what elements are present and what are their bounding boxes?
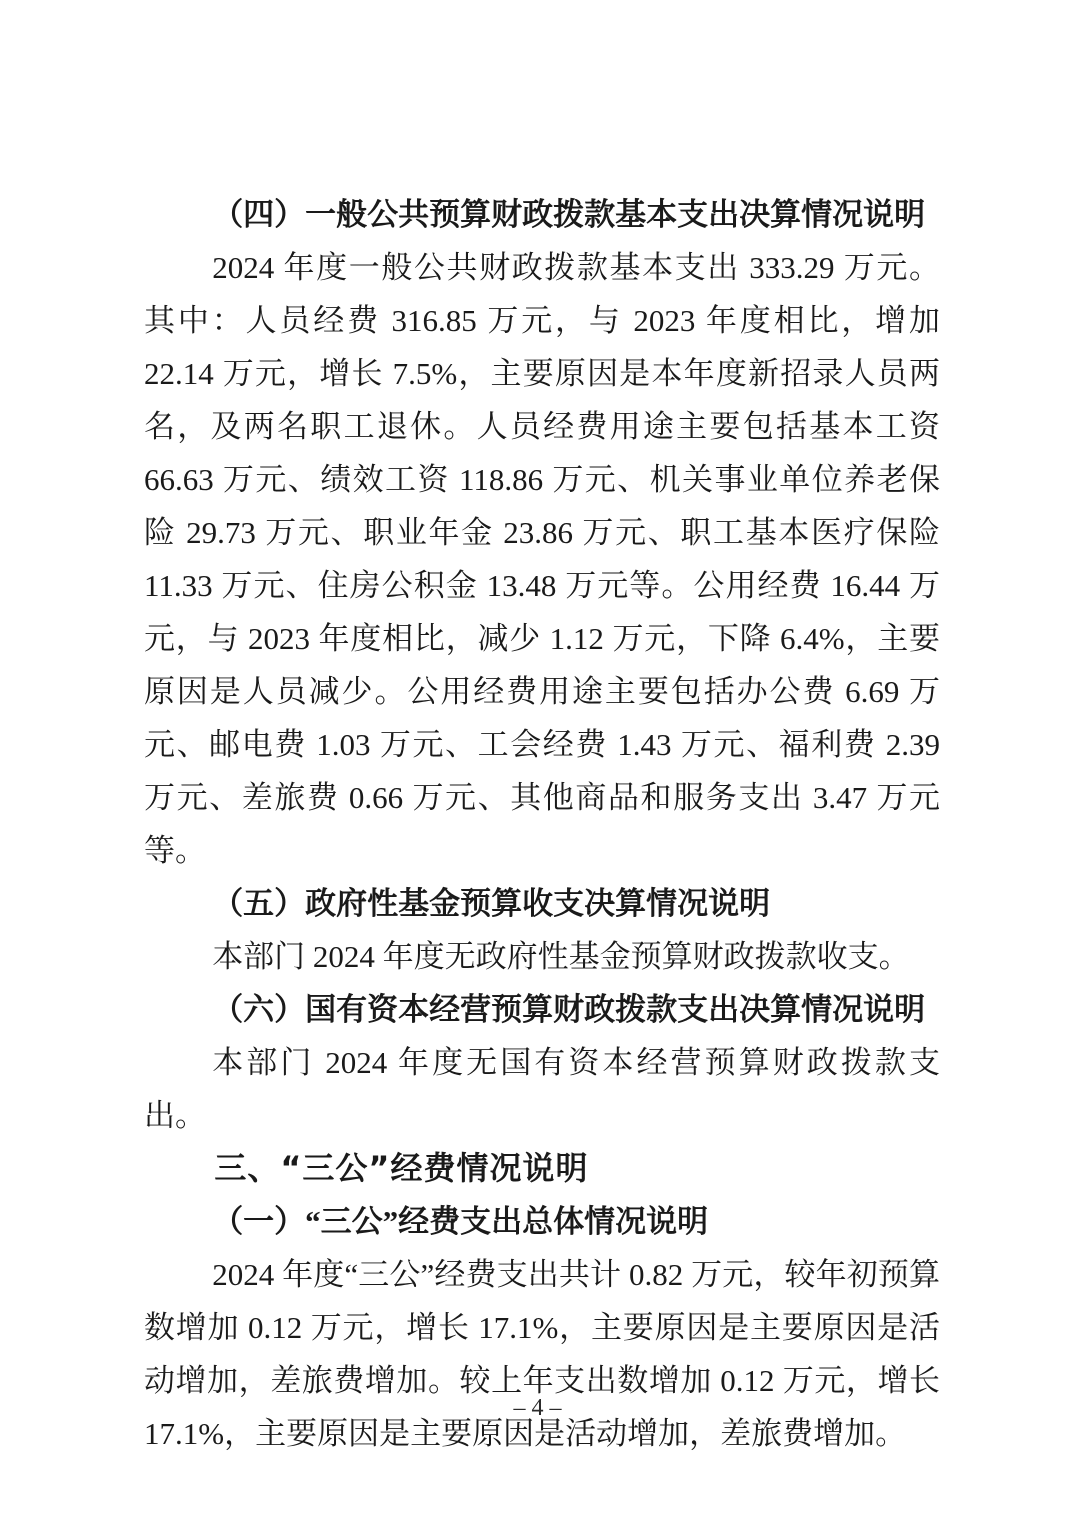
heading-three-public-funds: 三、“三公”经费情况说明 [144,1142,940,1195]
heading-subsection-one-three-public-total: （一）“三公”经费支出总体情况说明 [144,1195,940,1248]
heading-section-five-gov-fund: （五）政府性基金预算收支决算情况说明 [144,877,940,930]
paragraph-basic-expenditure-details: 2024 年度一般公共财政拨款基本支出 333.29 万元。其中：人员经费 31… [144,241,940,877]
paragraph-three-public-total: 2024 年度“三公”经费支出共计 0.82 万元，较年初预算数增加 0.12 … [144,1248,940,1460]
document-page: （四）一般公共预算财政拨款基本支出决算情况说明 2024 年度一般公共财政拨款基… [0,0,1075,1520]
paragraph-state-capital: 本部门 2024 年度无国有资本经营预算财政拨款支出。 [144,1036,940,1142]
heading-section-four-basic-expenditure: （四）一般公共预算财政拨款基本支出决算情况说明 [144,188,940,241]
paragraph-gov-fund: 本部门 2024 年度无政府性基金预算财政拨款收支。 [144,930,940,983]
heading-section-six-state-capital: （六）国有资本经营预算财政拨款支出决算情况说明 [144,983,940,1036]
document-content: （四）一般公共预算财政拨款基本支出决算情况说明 2024 年度一般公共财政拨款基… [144,188,940,1460]
page-number: – 4 – [0,1394,1075,1422]
